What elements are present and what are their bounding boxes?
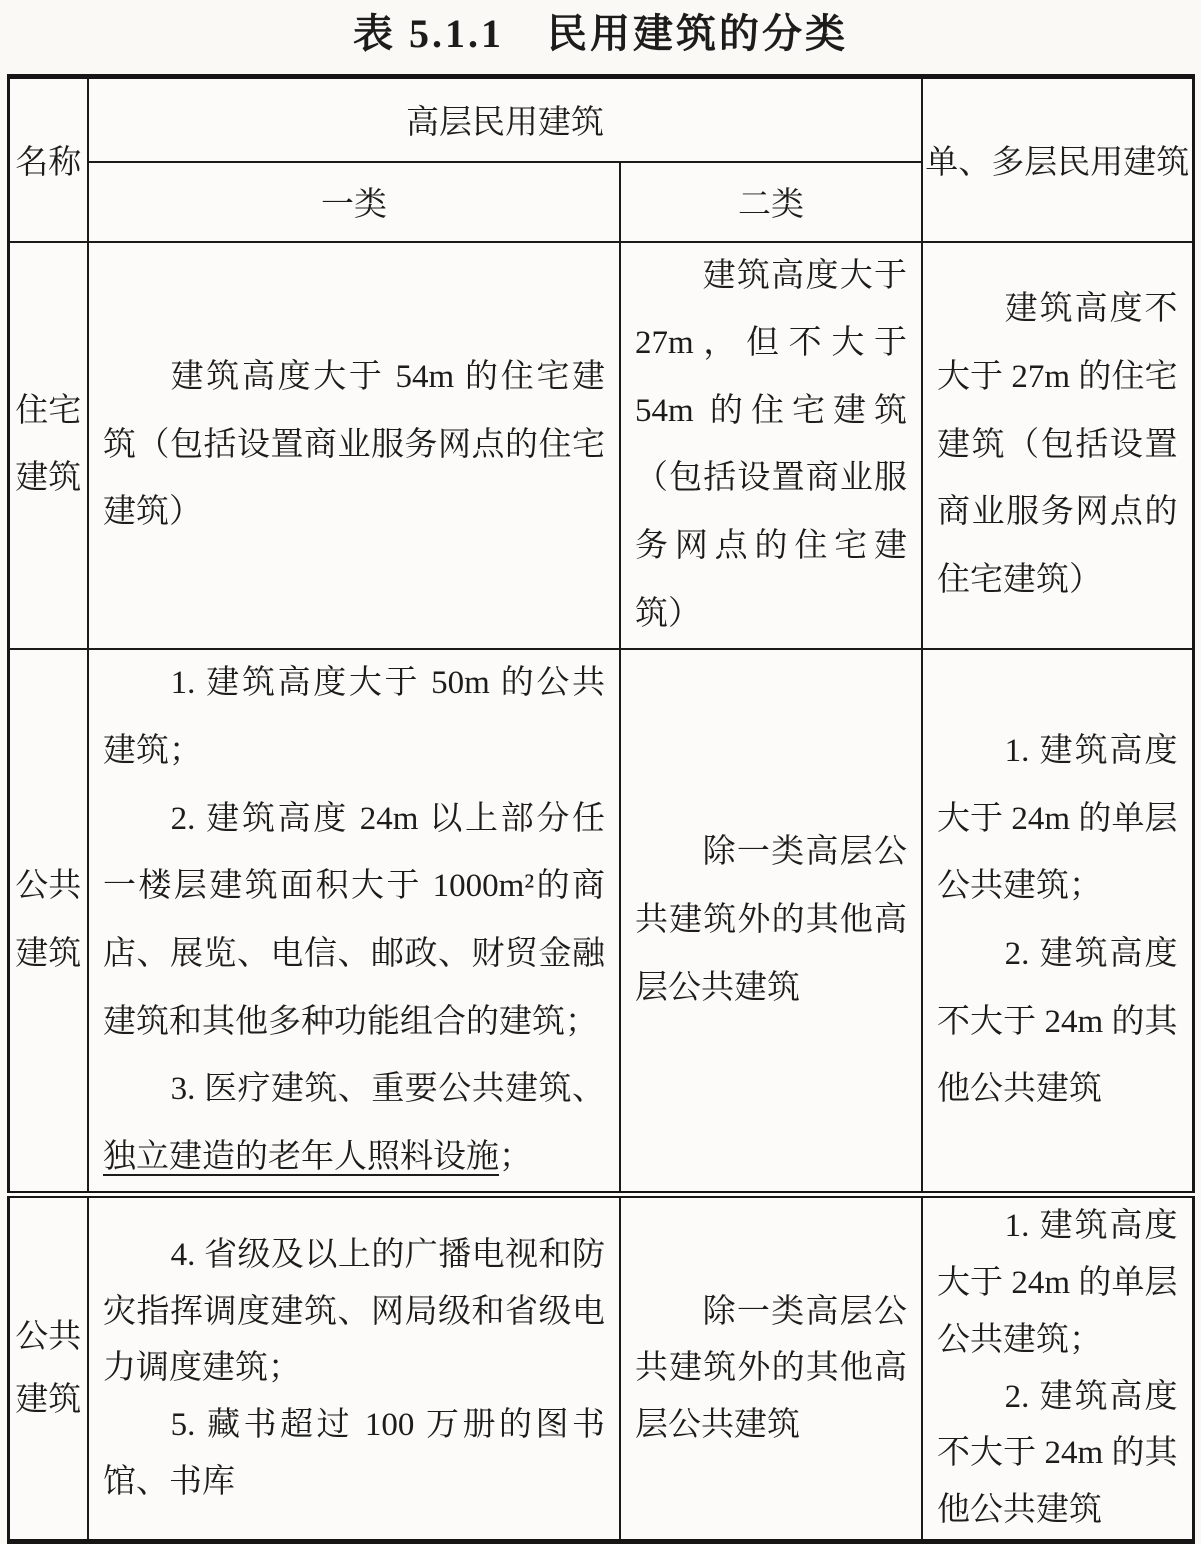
row-residential: 住宅建筑 建筑高度大于 54m 的住宅建筑（包括设置商业服务网点的住宅建筑） 建… bbox=[8, 242, 1193, 650]
residential-single-multi-paragraph: 建筑高度不大于 27m 的住宅建筑（包括设置商业服务网点的住宅建筑） bbox=[937, 276, 1178, 614]
public-1-single-multi-item-2: 2. 建筑高度不大于 24m 的其他公共建筑 bbox=[937, 921, 1178, 1124]
public-1-class1-item-1: 1. 建筑高度大于 50m 的公共建筑； bbox=[103, 650, 605, 785]
public-2-single-multi-item-2: 2. 建筑高度不大于 24m 的其他公共建筑 bbox=[937, 1369, 1178, 1539]
row-residential-category: 住宅建筑 bbox=[8, 242, 88, 650]
public-1-class1-item-3-underlined: 独立建造的老年人照料设施 bbox=[103, 1139, 499, 1175]
public-2-class2-paragraph: 除一类高层公共建筑外的其他高层公共建筑 bbox=[635, 1284, 907, 1454]
public-1-class2-paragraph: 除一类高层公共建筑外的其他高层公共建筑 bbox=[635, 819, 907, 1022]
row-public-2-single-multi-cell: 1. 建筑高度大于 24m 的单层公共建筑； 2. 建筑高度不大于 24m 的其… bbox=[922, 1195, 1193, 1542]
header-cell-single-multi: 单、多层民用建筑 bbox=[922, 77, 1193, 242]
building-classification-table: 名称 高层民用建筑 单、多层民用建筑 一类 二类 住宅建筑 建筑高度大于 54m… bbox=[7, 74, 1195, 1544]
public-1-class1-item-3-pre: 3. 医疗建筑、重要公共建筑、 bbox=[171, 1071, 605, 1107]
row-residential-single-multi-cell: 建筑高度不大于 27m 的住宅建筑（包括设置商业服务网点的住宅建筑） bbox=[922, 242, 1193, 650]
row-public-1-class1-cell: 1. 建筑高度大于 50m 的公共建筑； 2. 建筑高度 24m 以上部分任一楼… bbox=[88, 649, 620, 1195]
public-1-class1-item-3: 3. 医疗建筑、重要公共建筑、独立建造的老年人照料设施； bbox=[103, 1056, 605, 1191]
public-2-class1-item-5: 5. 藏书超过 100 万册的图书馆、书库 bbox=[103, 1397, 605, 1511]
header-cell-class2: 二类 bbox=[620, 162, 922, 242]
row-public-2: 公共建筑 4. 省级及以上的广播电视和防灾指挥调度建筑、网局级和省级电力调度建筑… bbox=[8, 1195, 1193, 1542]
residential-class1-paragraph: 建筑高度大于 54m 的住宅建筑（包括设置商业服务网点的住宅建筑） bbox=[103, 344, 605, 547]
header-cell-name: 名称 bbox=[8, 77, 88, 242]
public-1-class1-item-2: 2. 建筑高度 24m 以上部分任一楼层建筑面积大于 1000m²的商店、展览、… bbox=[103, 786, 605, 1057]
row-public-2-class2-cell: 除一类高层公共建筑外的其他高层公共建筑 bbox=[620, 1195, 922, 1542]
row-public-2-class1-cell: 4. 省级及以上的广播电视和防灾指挥调度建筑、网局级和省级电力调度建筑； 5. … bbox=[88, 1195, 620, 1542]
residential-class2-paragraph: 建筑高度大于 27m，但不大于 54m 的住宅建筑（包括设置商业服务网点的住宅建… bbox=[635, 243, 907, 649]
public-1-class1-item-3-post: ； bbox=[499, 1139, 532, 1175]
header-row-1: 名称 高层民用建筑 单、多层民用建筑 bbox=[8, 77, 1193, 162]
row-public-1: 公共建筑 1. 建筑高度大于 50m 的公共建筑； 2. 建筑高度 24m 以上… bbox=[8, 649, 1193, 1195]
row-public-1-single-multi-cell: 1. 建筑高度大于 24m 的单层公共建筑； 2. 建筑高度不大于 24m 的其… bbox=[922, 649, 1193, 1195]
row-residential-class1-cell: 建筑高度大于 54m 的住宅建筑（包括设置商业服务网点的住宅建筑） bbox=[88, 242, 620, 650]
header-cell-highrise: 高层民用建筑 bbox=[88, 77, 922, 162]
row-public-1-category: 公共建筑 bbox=[8, 649, 88, 1195]
table-title: 表 5.1.1 民用建筑的分类 bbox=[0, 0, 1201, 58]
public-2-class1-item-4: 4. 省级及以上的广播电视和防灾指挥调度建筑、网局级和省级电力调度建筑； bbox=[103, 1227, 605, 1397]
public-1-single-multi-item-1: 1. 建筑高度大于 24m 的单层公共建筑； bbox=[937, 718, 1178, 921]
row-public-1-class2-cell: 除一类高层公共建筑外的其他高层公共建筑 bbox=[620, 649, 922, 1195]
row-public-2-category: 公共建筑 bbox=[8, 1195, 88, 1542]
row-residential-class2-cell: 建筑高度大于 27m，但不大于 54m 的住宅建筑（包括设置商业服务网点的住宅建… bbox=[620, 242, 922, 650]
public-2-single-multi-item-1: 1. 建筑高度大于 24m 的单层公共建筑； bbox=[937, 1198, 1178, 1368]
header-cell-class1: 一类 bbox=[88, 162, 620, 242]
